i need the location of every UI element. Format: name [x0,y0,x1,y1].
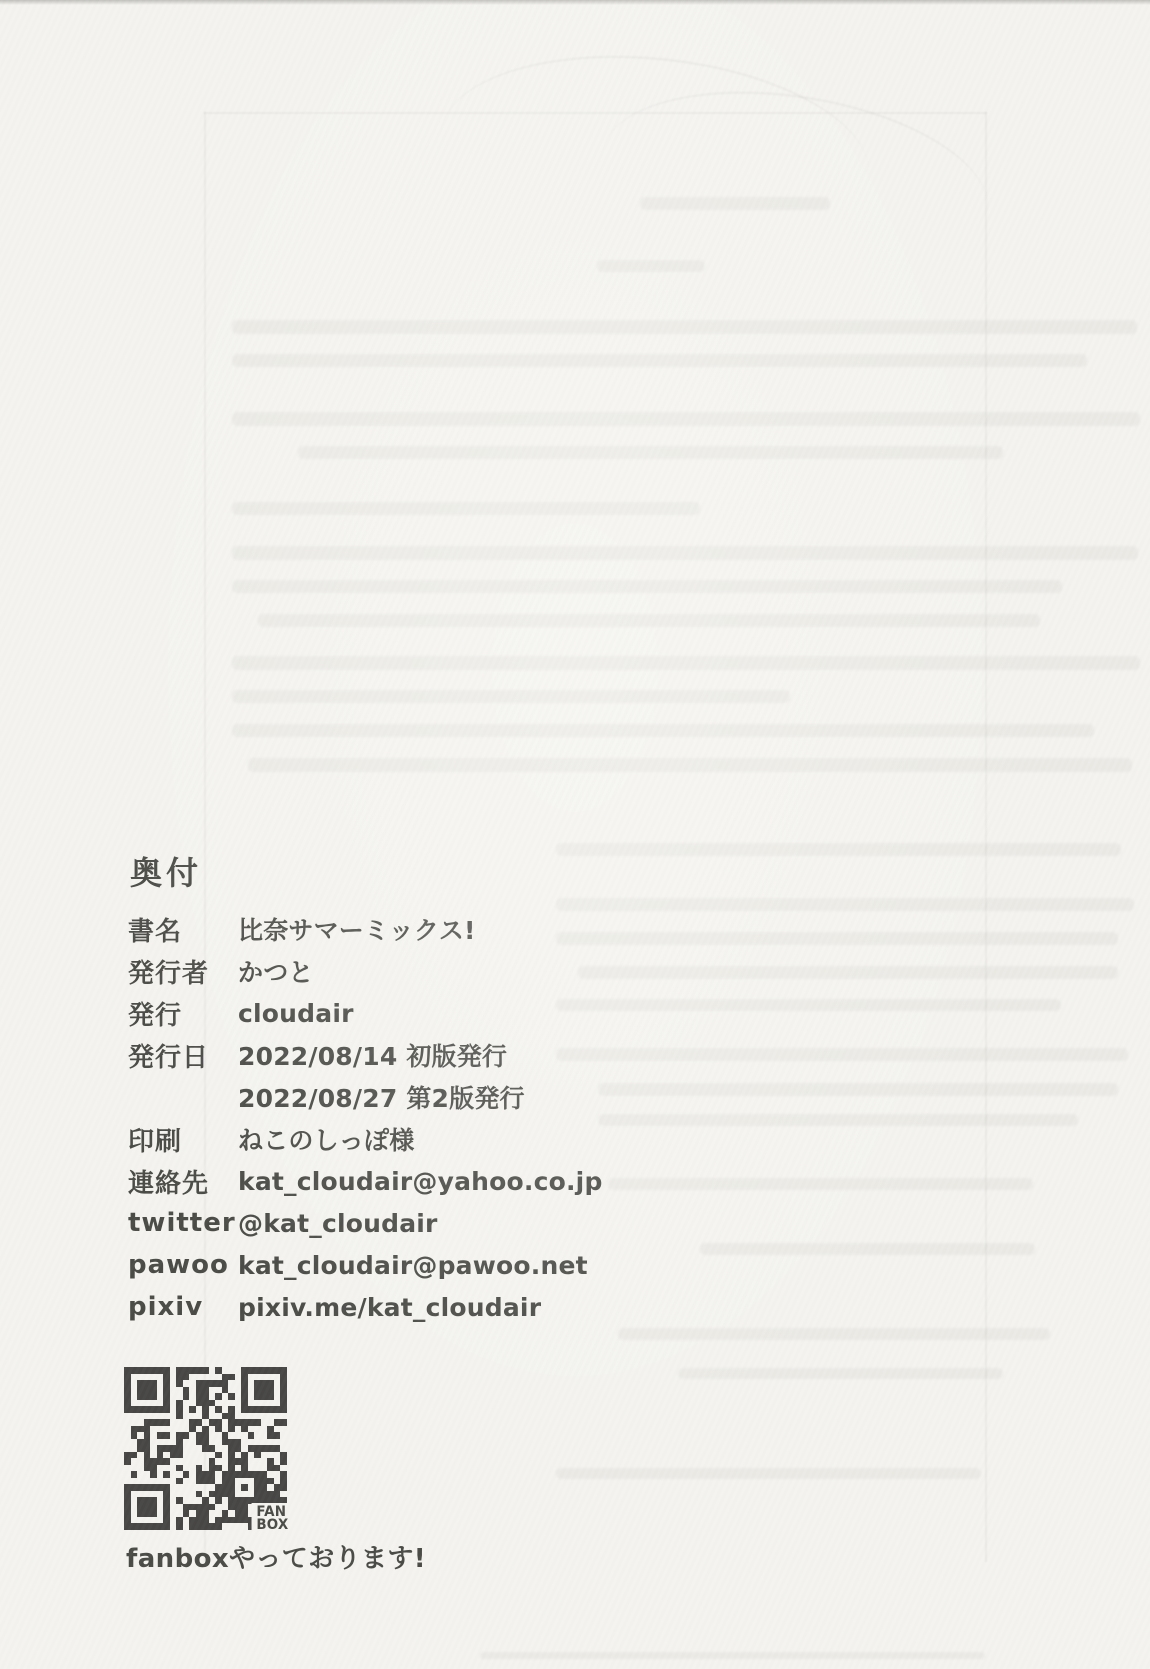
table-row: 2022/08/27 第2版発行 [128,1076,888,1118]
table-row: 印刷ねこのしっぽ様 [128,1118,888,1160]
bleed-band [258,614,1040,627]
fanbox-qr-code: FAN BOX [124,1367,287,1530]
bleed-band [232,502,700,515]
bleed-frame-curve [431,36,879,272]
row-label: 発行 [128,995,238,1032]
colophon-table: 書名比奈サマーミックス!発行者かつと発行cloudair発行日2022/08/1… [128,908,888,1328]
row-value: 比奈サマーミックス! [238,911,476,947]
bleed-band [640,197,830,210]
row-value: ねこのしっぽ様 [238,1121,414,1157]
table-row: twitter@kat_cloudair [128,1202,888,1244]
row-value: pixiv.me/kat_cloudair [238,1293,541,1322]
bleed-frame-curve [589,67,1001,298]
row-value: @kat_cloudair [238,1209,438,1238]
fanbox-note: fanboxやっております! [126,1538,426,1575]
fanbox-logo-line2: BOX [256,1519,288,1532]
bleed-band [232,724,1094,737]
bleed-band [232,656,1140,670]
row-value: 2022/08/27 第2版発行 [238,1079,525,1115]
table-row: 連絡先kat_cloudair@yahoo.co.jp [128,1160,888,1202]
bleed-band [556,1468,981,1479]
bleed-band [232,690,790,703]
bleed-band [232,412,1140,426]
colophon-page: 奥付 書名比奈サマーミックス!発行者かつと発行cloudair発行日2022/0… [0,0,1150,1669]
row-label: pixiv [128,1292,238,1322]
bleed-band [597,260,705,272]
bleed-band [232,354,1087,367]
table-row: 発行日2022/08/14 初版発行 [128,1034,888,1076]
bleed-band [232,546,1138,560]
row-value: cloudair [238,999,354,1028]
row-value: 2022/08/14 初版発行 [238,1037,507,1073]
table-row: 書名比奈サマーミックス! [128,908,888,950]
row-label: 書名 [128,911,238,948]
bleed-band [480,1652,985,1659]
table-row: pawookat_cloudair@pawoo.net [128,1244,888,1286]
row-value: かつと [238,953,314,989]
bleed-band [232,580,1062,593]
bleed-band [618,1328,1050,1340]
table-row: pixivpixiv.me/kat_cloudair [128,1286,888,1328]
scan-edge-artifact [0,0,1150,5]
bleed-band [232,320,1137,334]
table-row: 発行者かつと [128,950,888,992]
bleed-band [556,843,1121,856]
bleed-frame-line [204,112,987,114]
table-row: 発行cloudair [128,992,888,1034]
bleed-frame-line [204,112,206,1562]
page-title: 奥付 [130,848,202,894]
row-value: kat_cloudair@yahoo.co.jp [238,1167,603,1196]
bleed-frame-line [985,112,987,1562]
bleed-band [678,1368,1003,1379]
row-label: 発行者 [128,953,238,990]
row-label: 発行日 [128,1037,238,1074]
bleed-band [248,758,1132,772]
fanbox-logo: FAN BOX [251,1503,288,1532]
row-label: pawoo [128,1250,238,1280]
bleed-band [298,446,1003,459]
row-value: kat_cloudair@pawoo.net [238,1251,588,1280]
row-label: twitter [128,1208,238,1238]
row-label: 連絡先 [128,1163,238,1200]
row-label: 印刷 [128,1121,238,1158]
